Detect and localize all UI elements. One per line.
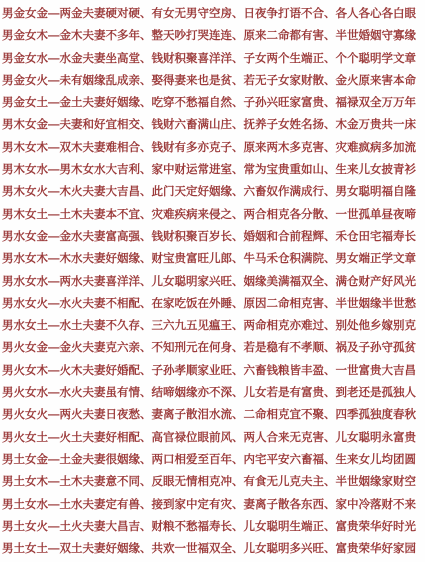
verse-line: 男土女水—土水夫妻定有兽、接到家中定有灾、妻离子散各东西、家中冷落财不来	[0, 494, 425, 516]
verse-line: 男火女火—两火夫妻日夜愁、妻离子散泪水流、二命相克宜不聚、四季孤独度春秋	[0, 404, 425, 426]
verse-line: 男木女金—夫妻和好宜相交、钱财六畜满山庄、抚养子女姓名扬、木金万贵共一床	[0, 114, 425, 136]
verse-line: 男土女火—土火夫妻大昌吉、财粮不愁福寿长、儿女聪明生端正、富贵荣华好时光	[0, 516, 425, 538]
verse-line: 男水女土—水土夫妻不久存、三六九五见瘟王、两命相克亦难过、别处他乡嫁别克	[0, 315, 425, 337]
verse-line: 男土女金—土金夫妻很姻缘、两口相爱至百年、内宅平安六畜福、生来女儿均团圆	[0, 449, 425, 471]
verse-line: 男木女水—男木女水大吉利、家中财运常进室、常为宝贵重如山、生来儿女披青衫	[0, 159, 425, 181]
verse-line: 男金女火—未有姻缘乱成亲、娶得妻来也是贫、若无子女家财散、金火原来害本命	[0, 70, 425, 92]
verse-line: 男金女木—金木夫妻不多年、整天吵打哭连连、原来二命都有害、半世婚姻守寡缘	[0, 25, 425, 47]
verse-line: 男水女火—水火夫妻不相配、在家吃饭在外睡、原因二命相克害、半世姻缘半世愁	[0, 293, 425, 315]
verse-line: 男土女土—双土夫妻好姻缘、共欢一世福双全、儿女聪明多兴旺、富贵荣华好家园	[0, 538, 425, 560]
verse-line: 男火女木—火木夫妻好婚配、子孙孝顺家业旺、六畜钱粮皆丰盈、一世富贵大吉昌	[0, 360, 425, 382]
verse-line: 男木女土—土木夫妻本不宜、灾难疾病来侵之、两合相克各分散、一世孤单昼夜啼	[0, 204, 425, 226]
verse-line: 男火女土—火土夫妻好相配、高官禄位眼前风、两人合来无克害、儿女聪明永富贵	[0, 427, 425, 449]
verse-line: 男火女金—金火夫妻克六亲、不知刑元在何身、若是稳有不孝顺、祸及子孙守孤贫	[0, 337, 425, 359]
verse-list: 男金女金—两金夫妻硬对硬、有女无男守空房、日夜争打语不合、各人各心各白眼男金女木…	[0, 3, 425, 560]
verse-line: 男木女木—双木夫妻难相合、钱财有多亦克子、原来两木多克害、灾难疯病多加流	[0, 137, 425, 159]
verse-line: 男火女水—水火夫妻虽有情、结啼姻缘亦不深、儿女若是有富贵、到老还是孤独人	[0, 382, 425, 404]
document: 男金女金—两金夫妻硬对硬、有女无男守空房、日夜争打语不合、各人各心各白眼男金女木…	[0, 0, 425, 562]
verse-line: 男水女木—木水夫妻好姻缘、财宝贵富旺儿郎、牛马禾仓积满院、男女端正学文章	[0, 248, 425, 270]
verse-line: 男水女金—金水夫妻富高强、钱财积聚百岁长、婚姻和合前程辉、禾仓田宅福寿长	[0, 226, 425, 248]
verse-line: 男土女木—土木夫妻意不同、反眼无情相克冲、有食无儿克夫主、半世姻缘家财空	[0, 471, 425, 493]
verse-line: 男水女水—两水夫妻喜洋洋、儿女聪明家兴旺、姻缘美满福双全、满仓财产好风光	[0, 271, 425, 293]
verse-line: 男金女土—金土夫妻好姻缘、吃穿不愁福自然、子孙兴旺家富贵、福禄双全万万年	[0, 92, 425, 114]
verse-line: 男金女水—水金夫妻坐高堂、钱财积聚喜洋洋、子女两个生端正、个个聪明学文章	[0, 48, 425, 70]
verse-line: 男金女金—两金夫妻硬对硬、有女无男守空房、日夜争打语不合、各人各心各白眼	[0, 3, 425, 25]
verse-line: 男木女火—木火夫妻大吉昌、此门天定好姻缘、六畜奴作满成行、男女聪明福自隆	[0, 181, 425, 203]
